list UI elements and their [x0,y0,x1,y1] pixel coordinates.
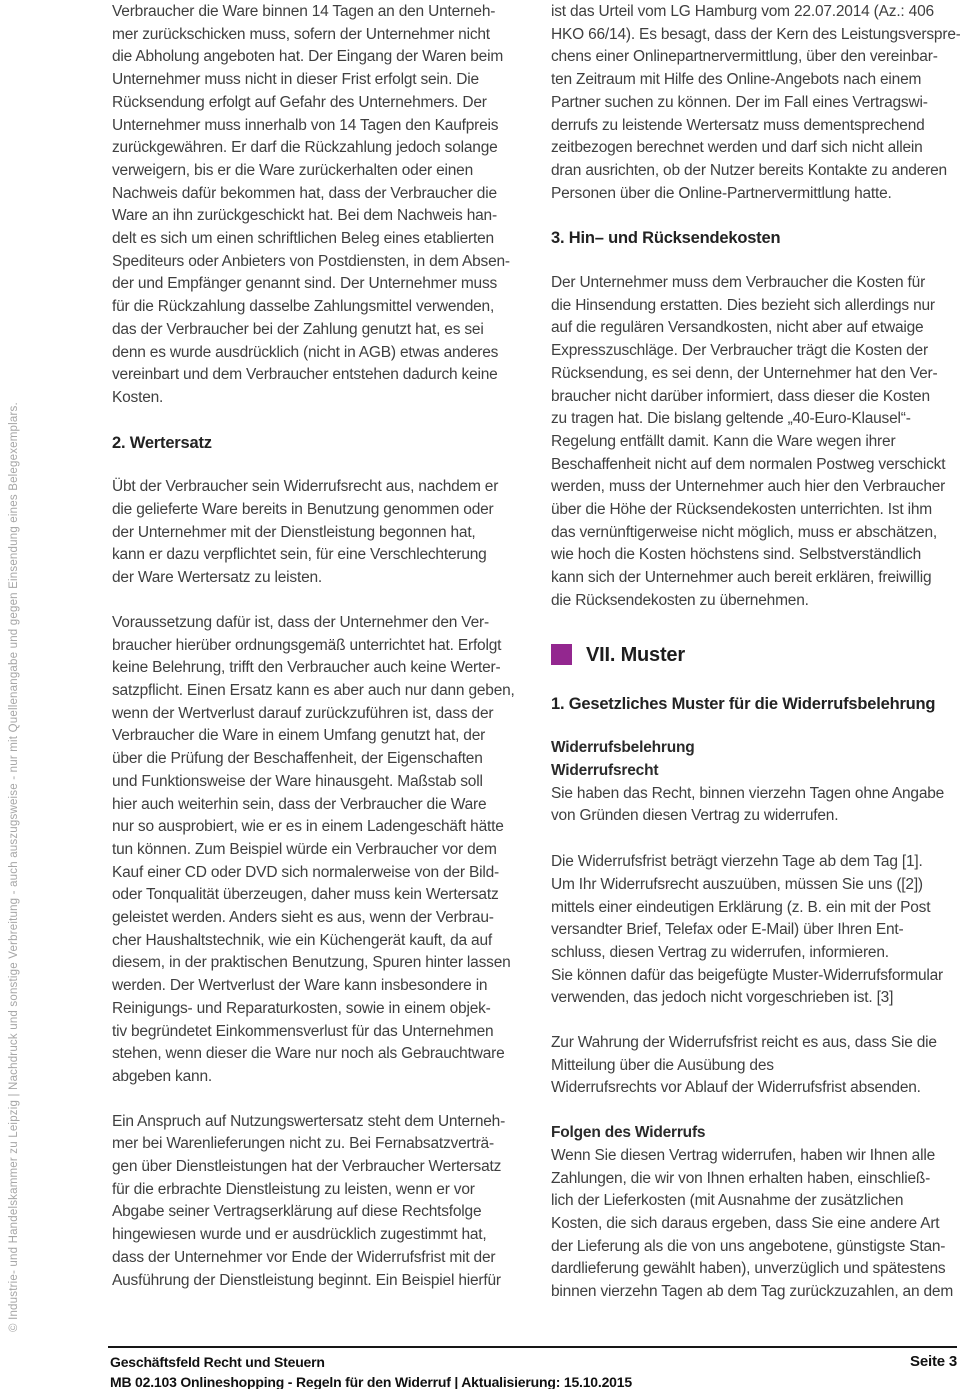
footer-department: Geschäftsfeld Recht und Steuern [110,1353,632,1373]
paragraph-wertersatz-intro: Übt der Verbraucher sein Widerrufsrecht … [112,476,517,590]
left-column: Verbraucher die Ware binnen 14 Tagen an … [112,1,517,1292]
document-page: © Industrie- und Handelskammer zu Leipzi… [0,0,960,1389]
copyright-vertical-note: © Industrie- und Handelskammer zu Leipzi… [8,402,20,1332]
paragraph-widerrufsrecht: Sie haben das Recht, binnen vierzehn Tag… [551,783,959,828]
section-title-muster: VII. Muster [586,641,685,669]
paragraph-ruecksendekosten: Der Unternehmer muss dem Verbraucher die… [551,272,959,613]
label-folgen-des-widerrufs: Folgen des Widerrufs [551,1122,959,1145]
folgen-block: Folgen des Widerrufs Wenn Sie diesen Ver… [551,1122,959,1304]
paragraph-widerrufsfrist: Die Widerrufsfrist beträgt vierzehn Tage… [551,851,959,1010]
paragraph-rueckzahlung: Verbraucher die Ware binnen 14 Tagen an … [112,1,517,410]
footer-left-block: Geschäftsfeld Recht und Steuern MB 02.10… [110,1353,632,1389]
heading-wertersatz: 2. Wertersatz [112,432,517,455]
footer-divider [108,1346,957,1348]
footer-document-info: MB 02.103 Onlineshopping - Regeln für de… [110,1373,632,1389]
label-widerrufsbelehrung: Widerrufsbelehrung [551,737,959,760]
paragraph-urteil: ist das Urteil vom LG Hamburg vom 22.07.… [551,1,959,205]
label-widerrufsrecht: Widerrufsrecht [551,760,959,783]
paragraph-folgen: Wenn Sie diesen Vertrag widerrufen, habe… [551,1145,959,1304]
widerrufsbelehrung-block: Widerrufsbelehrung Widerrufsrecht Sie ha… [551,737,959,828]
right-column: ist das Urteil vom LG Hamburg vom 22.07.… [551,1,959,1304]
paragraph-wahrung: Zur Wahrung der Widerrufsfrist reicht es… [551,1032,959,1100]
section-bullet-icon [551,644,572,665]
section-heading-muster: VII. Muster [551,641,959,669]
paragraph-voraussetzung: Voraussetzung dafür ist, dass der Untern… [112,612,517,1089]
heading-ruecksendekosten: 3. Hin– und Rücksendekosten [551,227,959,250]
footer-page-number: Seite 3 [910,1353,957,1370]
paragraph-nutzungswertersatz: Ein Anspruch auf Nutzungswertersatz steh… [112,1111,517,1293]
heading-gesetzliches-muster: 1. Gesetzliches Muster für die Widerrufs… [551,693,959,716]
